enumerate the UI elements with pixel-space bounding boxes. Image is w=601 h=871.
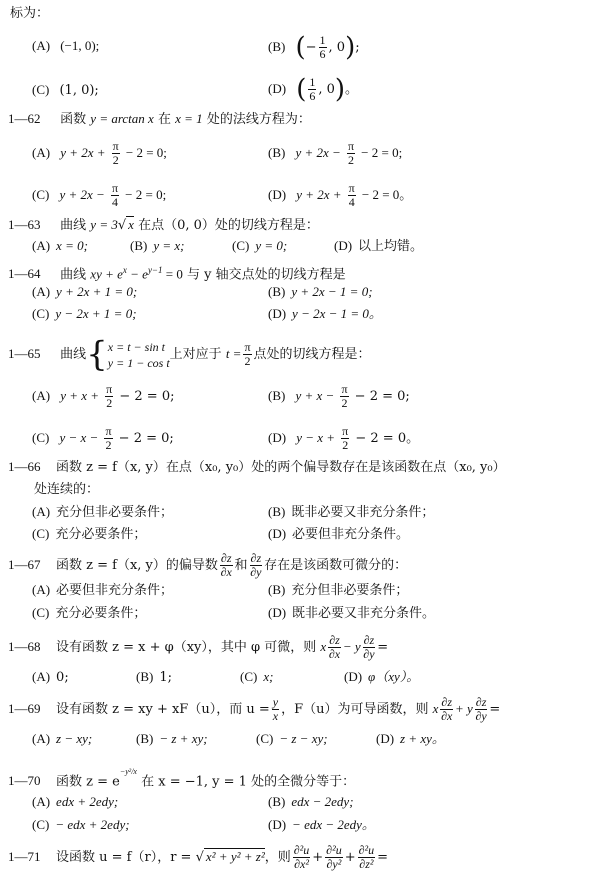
option-c: (C) y + 2x − π4 − 2 = 0; [32,182,166,209]
fraction: π2 [347,140,355,167]
option-text: 必要但非充分条件。 [292,527,409,542]
second-partial-fraction: ∂²u∂x² [293,844,311,871]
option-text: y = x; [153,238,184,253]
partial-fraction: ∂z∂y [363,634,376,661]
option-text: 充分但非必要条件； [56,505,173,520]
option-text: x = 0; [56,238,88,253]
option-math: − 2 = 0; [119,431,174,446]
option-text: φ（xy）。 [368,669,419,684]
stem-text: 在 x = −1, y = 1 处的全微分等于： [141,774,355,789]
stem-text: 曲线 [60,347,86,362]
option-c: (C) y − x − π2 − 2 = 0; [32,425,174,452]
option-a: (A)充分但非必要条件； [32,504,173,521]
stem-text: 设有函数 z = x + φ（xy），其中 φ 可微，则 [56,640,316,655]
stem-text: 函数 z = f（x, y）在点（x₀, y₀）处的两个偏导数存在是该函数在点（… [56,460,506,475]
question-number: 1—67 [8,550,56,580]
option-label: (D) [268,605,286,620]
paren-open: ( [296,75,306,105]
stem-text: 函数 z = f（x, y）的偏导数 [56,558,218,573]
stem-text: 曲线 [60,218,86,233]
option-text: 充分必要条件； [55,527,146,542]
option-d: (D)必要但非充分条件。 [268,526,409,543]
option-label: (B) [268,582,285,597]
option-math: − 2 = 0; [355,389,410,404]
question-1-69: 1—69设有函数 z = xy + xF（u），而 u =yx，F（u）为可导函… [8,694,500,725]
stem-text: 设有函数 z = xy + xF（u），而 u = [56,702,270,717]
stem-text: 设函数 u = f（r），r = [56,850,191,865]
option-label: (C) [32,82,49,97]
stem-math: x [433,701,439,716]
option-text: 0; [56,670,69,685]
stem-math: − e [127,266,148,281]
question-1-68: 1—68设有函数 z = x + φ（xy），其中 φ 可微，则 x∂z∂x− … [8,632,388,663]
option-text: y − 2x − 1 = 0。 [292,306,382,321]
option-b: (B)充分但非必要条件； [268,582,408,599]
option-label: (D) [268,430,286,445]
stem-text: ，则 [265,850,291,865]
option-a: (A) (−1, 0); [32,38,99,55]
second-partial-fraction: ∂²u∂y² [325,844,343,871]
plus-sign: + [312,850,323,865]
option-c: (C)y = 0; [232,238,287,255]
option-math: y + 2x + [60,145,105,160]
question-number: 1—66 [8,459,56,475]
option-b: (B)y + 2x − 1 = 0; [268,284,373,301]
option-label: (B) [136,669,153,684]
option-label: (B) [268,39,285,54]
option-text: edx − 2edy; [291,794,353,809]
option-label: (A) [32,38,50,53]
option-label: (B) [268,504,285,519]
option-label: (D) [268,81,286,96]
exponent: y−1 [148,265,163,275]
stem-text: 和 [235,558,248,573]
second-partial-fraction: ∂²u∂z² [358,844,376,871]
question-1-70: 1—70函数 z = e−y²/x 在 x = −1, y = 1 处的全微分等… [8,770,355,790]
option-text: − edx + 2edy; [55,817,129,832]
option-b: (B) y + x − π2 − 2 = 0; [268,383,410,410]
option-label: (C) [240,669,257,684]
option-label: (A) [32,504,50,519]
stem-text: 在点（0, 0）处的切线方程是： [138,218,319,233]
option-a: (A)必要但非充分条件； [32,582,173,599]
option-d: (D)既非必要又非充分条件。 [268,605,435,622]
option-text: z + xy。 [400,731,445,746]
option-c: (C)y − 2x + 1 = 0; [32,306,137,323]
stem-text: 曲线 [60,267,86,282]
stem-text: 点处的切线方程是： [254,347,371,362]
option-b: (B)既非必要又非充分条件； [268,504,434,521]
option-math: y + 2x + [296,187,341,202]
fraction: π2 [112,140,120,167]
option-b: (B)edx − 2edy; [268,794,354,811]
option-c: (C)充分必要条件； [32,605,146,622]
option-text: z − xy; [56,731,92,746]
question-number: 1—69 [8,694,56,724]
option-text: 充分必要条件； [55,606,146,621]
option-math: − 2 = 0; [361,145,402,160]
question-number: 1—68 [8,632,56,662]
partial-fraction: ∂z∂x [220,552,233,579]
stem-text: 处的法线方程为： [207,112,311,127]
option-text: 必要但非充分条件； [56,583,173,598]
stem-text: ，F（u）为可导函数，则 [281,702,428,717]
option-label: (A) [32,388,50,403]
stem-math: x = 1 [175,111,203,126]
partial-fraction: ∂z∂y [250,552,263,579]
fraction: π2 [105,383,113,410]
stem-text: 函数 z = e [56,774,120,789]
option-label: (A) [32,238,50,253]
option-d: (D)− edx − 2edy。 [268,817,375,834]
partial-fraction: ∂z∂x [328,634,341,661]
option-label: (C) [32,605,49,620]
paren-open: ( [295,33,305,63]
stem-math: y = 3 [90,217,118,232]
option-text: y = 0; [255,238,287,253]
option-label: (C) [32,306,49,321]
option-math: y + 2x − [295,145,340,160]
option-label: (B) [268,145,285,160]
option-d: (D)y − 2x − 1 = 0。 [268,306,382,323]
option-c: (C)− edx + 2edy; [32,817,130,834]
option-text: x; [263,669,273,684]
option-label: (D) [344,669,362,684]
option-label: (A) [32,669,50,684]
option-label: (D) [334,238,352,253]
question-1-71: 1—71设函数 u = f（r），r = √x² + y² + z²，则∂²u∂… [8,843,388,871]
option-a: (A)edx + 2edy; [32,794,118,811]
sqrt-body: x [126,216,134,232]
plus-sign: + [345,850,356,865]
option-label: (D) [268,817,286,832]
stem-math: = [377,640,388,655]
stem-text: 与 y 轴交点处的切线方程是 [187,267,346,282]
option-label: (D) [268,526,286,541]
option-a: (A) y + x + π2 − 2 = 0; [32,383,174,410]
question-1-62: 1—62 函数 y = arctan x 在 x = 1 处的法线方程为： [8,111,311,128]
question-1-66: 1—66函数 z = f（x, y）在点（x₀, y₀）处的两个偏导数存在是该函… [8,459,506,476]
partial-fraction: ∂z∂x [440,696,453,723]
stem-text: 上对应于 [170,347,222,362]
option-math: y − x + [296,430,335,445]
option-label: (B) [136,731,153,746]
exponent: −y²/x [120,767,137,776]
option-math: y + 2x − [59,187,104,202]
fraction: 16 [308,76,316,103]
option-c: (C)充分必要条件； [32,526,146,543]
stem-math: = 0 [163,266,183,281]
stem-math: x [320,639,326,654]
option-text: y + 2x + 1 = 0; [56,284,137,299]
equals-sign: = [377,850,388,865]
option-label: (D) [268,306,286,321]
option-c: (C)x; [240,669,273,686]
option-math: − 2 = 0; [119,389,174,404]
fraction: π2 [341,425,349,452]
question-number: 1—63 [8,217,56,233]
option-label: (A) [32,582,50,597]
question-1-63: 1—63 曲线 y = 3√x 在点（0, 0）处的切线方程是： [8,217,319,234]
paren-close: ) [335,75,345,105]
sqrt-icon: √ [196,850,204,865]
option-math: − 2 = 0; [125,187,166,202]
question-1-67: 1—67函数 z = f（x, y）的偏导数∂z∂x和∂z∂y存在是该函数可微分… [8,550,407,581]
option-math: y − x − [59,430,98,445]
partial-fraction: ∂z∂y [475,696,488,723]
question-number: 1—65 [8,336,56,372]
option-d: (D) y + 2x + π4 − 2 = 0。 [268,182,412,209]
option-text: − edx − 2edy。 [292,817,375,832]
sqrt-icon: √ [118,218,126,233]
question-number: 1—64 [8,266,56,282]
option-label: (C) [256,731,273,746]
stem-math: = [489,702,500,717]
option-label: (A) [32,145,50,160]
stem-continuation: 处连续的： [34,482,99,498]
option-label: (C) [32,430,49,445]
option-math: − 2 = 0。 [355,431,419,446]
stem-math: − y [343,639,361,654]
question-1-64: 1—64 曲线 xy + ex − ey−1 = 0 与 y 轴交点处的切线方程… [8,262,346,283]
option-text: 1; [159,670,172,685]
option-text: y − 2x + 1 = 0; [55,306,136,321]
option-label: (A) [32,731,50,746]
option-text: 既非必要又非充分条件。 [292,606,435,621]
option-label: (C) [32,187,49,202]
stem-text: 函数 [60,112,86,127]
stem-math: y = arctan x [90,111,154,126]
option-b: (B) (−16, 0); [268,34,360,61]
stem-text: 存在是该函数可微分的： [264,558,407,573]
fraction: π2 [340,383,348,410]
option-a: (A)y + 2x + 1 = 0; [32,284,137,301]
fraction: π2 [104,425,112,452]
fraction: π4 [348,182,356,209]
option-d: (D) y − x + π2 − 2 = 0。 [268,425,419,452]
option-b: (B)y = x; [130,238,185,255]
option-text: 以上均错。 [358,239,423,254]
stem-math: + y [455,701,473,716]
option-label: (B) [268,794,285,809]
equation-system: x = t − sin ty = 1 − cos t [108,339,170,371]
question-number: 1—62 [8,111,56,127]
option-math: − 2 = 0; [126,145,167,160]
brace-icon: { [86,335,108,375]
option-b: (B)− z + xy; [136,731,208,748]
option-text: 充分但非必要条件； [291,583,408,598]
option-label: (B) [268,388,285,403]
question-1-65: 1—65 曲线{x = t − sin ty = 1 − cos t上对应于 t… [8,336,371,373]
option-text: (−1, 0); [60,38,99,53]
question-number: 1—71 [8,843,56,871]
option-text: y + 2x − 1 = 0; [291,284,372,299]
option-text: 既非必要又非充分条件； [291,505,434,520]
option-d: (D)φ（xy）。 [344,669,419,686]
option-b: (B) y + 2x − π2 − 2 = 0; [268,140,402,167]
option-text: − z + xy; [159,731,207,746]
stem-math: xy + e [90,266,123,281]
fraction: 16 [319,34,327,61]
option-label: (B) [268,284,285,299]
option-label: (C) [32,526,49,541]
option-label: (D) [376,731,394,746]
sqrt-body: x² + y² + z² [204,848,265,864]
option-label: (A) [32,284,50,299]
option-label: (A) [32,794,50,809]
fraction: yx [272,696,279,723]
option-text: edx + 2edy; [56,794,118,809]
fraction: π2 [243,341,251,368]
stem-text: 在 [158,112,171,127]
intro-text: 标为： [10,6,49,22]
option-d: (D)以上均错。 [334,238,423,255]
option-label: (D) [268,187,286,202]
option-a: (A)z − xy; [32,731,92,748]
option-a: (A)0; [32,669,69,686]
option-label: (B) [130,238,147,253]
option-math: − 2 = 0。 [362,187,412,202]
option-b: (B)1; [136,669,172,686]
paren-close: ) [345,33,355,63]
option-text: (1, 0); [59,83,98,98]
option-label: (C) [32,817,49,832]
option-c: (C)− z − xy; [256,731,328,748]
option-d: (D)z + xy。 [376,731,445,748]
question-number: 1—70 [8,773,56,789]
option-label: (C) [232,238,249,253]
stem-math: t = [226,346,242,361]
option-a: (A) y + 2x + π2 − 2 = 0; [32,140,167,167]
option-math: y + x − [295,388,334,403]
fraction: π4 [111,182,119,209]
option-text: − z − xy; [279,731,327,746]
option-math: y + x + [60,388,99,403]
option-c: (C) (1, 0); [32,82,99,99]
option-a: (A)x = 0; [32,238,88,255]
option-d: (D) (16, 0)。 [268,76,358,103]
